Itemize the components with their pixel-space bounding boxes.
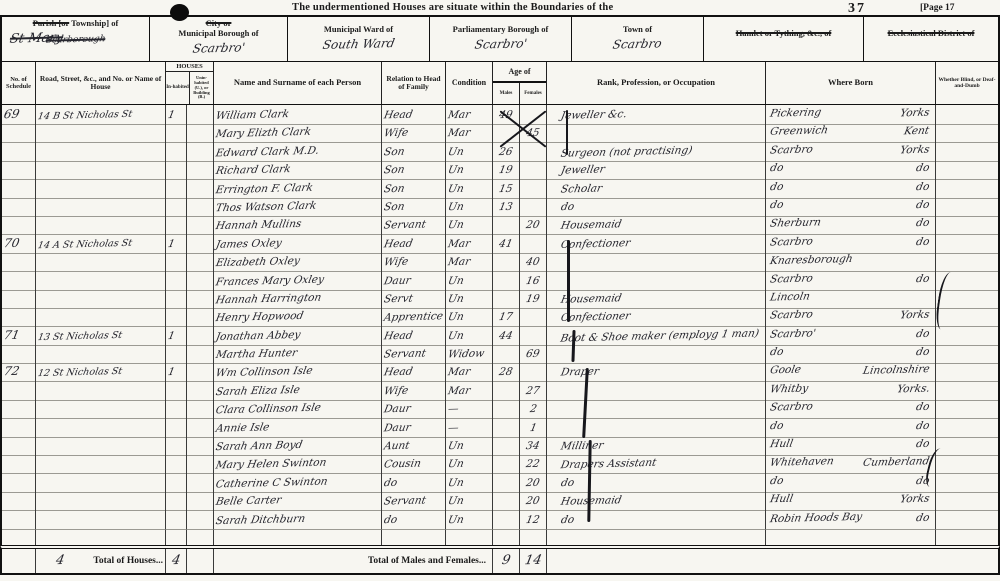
city-or-label-struck: City or — [206, 18, 232, 28]
cell-relation: Servant — [382, 344, 446, 364]
cell-address — [36, 454, 166, 474]
col-age: Age of — [493, 62, 546, 81]
cell-schedule — [2, 179, 36, 199]
table-row: Richard ClarkSonUn19Jewellerdodo — [2, 160, 998, 178]
cell-relation: Servant — [382, 215, 446, 235]
parish-value-2: St Mary — [8, 30, 64, 46]
town-value: Scarbro — [612, 36, 663, 51]
cell-inhabited — [166, 197, 187, 217]
cell-schedule: 72 — [2, 362, 36, 382]
parliamentary-label: Parliamentary Borough of — [430, 19, 571, 35]
table-row: Belle CarterServantUn20HousemaidHullYork… — [2, 491, 998, 509]
parliamentary-value: Scarbro' — [473, 36, 528, 51]
cell-name: Catherine C Swinton — [214, 473, 382, 493]
cell-born: ScarbroYorks — [766, 307, 936, 327]
cell-infirmity — [936, 234, 998, 254]
cell-born: Robin Hoods Baydo — [766, 510, 936, 530]
cell-age_m — [493, 252, 520, 272]
cell-born: WhitehavenCumberland — [766, 454, 936, 474]
cell-inhabited — [166, 179, 187, 199]
cell-relation: Apprentice — [382, 307, 446, 327]
cell-relation: Cousin — [382, 454, 446, 474]
page-number-label: [Page 17 — [920, 3, 955, 13]
col-schedule: No. of Schedule — [2, 62, 36, 104]
cell-age_f — [520, 326, 547, 346]
borough-label: Municipal Borough of — [178, 28, 258, 38]
cell-name: Thos Watson Clark — [214, 197, 382, 217]
cell-uninhabited — [187, 215, 214, 235]
cell-schedule — [2, 491, 36, 511]
totals-inhabited-cell: 4 — [166, 549, 187, 573]
cell-name: Hannah Mullins — [214, 215, 382, 235]
cell-age_f: 19 — [520, 289, 547, 309]
cell-uninhabited — [187, 381, 214, 401]
cell-schedule — [2, 289, 36, 309]
ward-value: South Ward — [321, 36, 395, 52]
cell-age_m: 17 — [493, 307, 520, 327]
cell-schedule — [2, 436, 36, 456]
table-row: Thos Watson ClarkSonUn13dododo — [2, 197, 998, 215]
cell-schedule — [2, 381, 36, 401]
cell-address: 13 St Nicholas St — [36, 326, 166, 346]
cell-age_f: 22 — [520, 454, 547, 474]
cell-inhabited: 1 — [166, 234, 187, 254]
cell-condition: Un — [446, 436, 493, 456]
cell-name: Wm Collinson Isle — [214, 362, 382, 382]
cell-condition: Un — [446, 142, 493, 162]
cell-age_m — [493, 473, 520, 493]
cell-address — [36, 271, 166, 291]
cell-condition: Mar — [446, 234, 493, 254]
cell-age_f: 2 — [520, 399, 547, 419]
cell-inhabited: 1 — [166, 105, 187, 125]
cell-name: Mary Helen Swinton — [214, 454, 382, 474]
cell-condition: Un — [446, 160, 493, 180]
schedule-total-value: 4 — [55, 553, 66, 568]
header-boxes: Parish [or Township] of Scarborough St M… — [0, 15, 1000, 62]
cell-condition: Un — [446, 307, 493, 327]
cell-age_f: 20 — [520, 473, 547, 493]
col-houses: HOUSES — [166, 62, 213, 72]
cell-address — [36, 381, 166, 401]
cell-born: Knaresborough — [766, 252, 936, 272]
cell-age_f: 34 — [520, 436, 547, 456]
col-inhabited: In-habited — [166, 72, 190, 104]
cell-uninhabited — [187, 142, 214, 162]
cell-relation: Wife — [382, 123, 446, 143]
col-condition: Condition — [446, 62, 493, 104]
cell-born: dodo — [766, 160, 936, 180]
cell-address: 12 St Nicholas St — [36, 362, 166, 382]
cell-age_m — [493, 399, 520, 419]
census-page: The undermentioned Houses are situate wi… — [0, 0, 1000, 581]
cell-inhabited — [166, 381, 187, 401]
table-row: Elizabeth OxleyWifeMar40Knaresborough — [2, 252, 998, 270]
col-houses-group: HOUSES In-habited Unin-habited (U.), or … — [166, 62, 214, 104]
cell-uninhabited — [187, 160, 214, 180]
table-row: 6914 B St Nicholas St1William ClarkHeadM… — [2, 105, 998, 123]
cell-relation: Wife — [382, 381, 446, 401]
cell-relation: Son — [382, 179, 446, 199]
parish-label: Township] of — [71, 18, 118, 28]
cell-infirmity — [936, 491, 998, 511]
cell-condition: Mar — [446, 381, 493, 401]
cell-name: Annie Isle — [214, 418, 382, 438]
cell-address: 14 B St Nicholas St — [36, 105, 166, 125]
table-row: 7113 St Nicholas St1Jonathan AbbeyHeadUn… — [2, 326, 998, 344]
cell-relation: Servant — [382, 491, 446, 511]
cell-condition: Un — [446, 454, 493, 474]
table-row: Hannah HarringtonServtUn19HousemaidLinco… — [2, 289, 998, 307]
cell-address — [36, 307, 166, 327]
cell-uninhabited — [187, 105, 214, 125]
cell-uninhabited — [187, 454, 214, 474]
column-headers: No. of Schedule Road, Street, &c., and N… — [0, 62, 1000, 105]
table-row: Mary Elizth ClarkWifeMar45GreenwichKent — [2, 123, 998, 141]
cell-condition: Un — [446, 473, 493, 493]
cell-age_f: 40 — [520, 252, 547, 272]
cell-address — [36, 399, 166, 419]
cell-name: Sarah Eliza Isle — [214, 381, 382, 401]
cell-uninhabited — [187, 326, 214, 346]
cell-born: GooleLincolnshire — [766, 362, 936, 382]
cell-age_f — [520, 197, 547, 217]
cell-address — [36, 418, 166, 438]
cell-inhabited — [166, 510, 187, 530]
cell-uninhabited — [187, 271, 214, 291]
cell-uninhabited — [187, 123, 214, 143]
cell-born: ScarbroYorks — [766, 142, 936, 162]
totals-row: 4 Total of Houses... 4 Total of Males an… — [0, 545, 1000, 575]
cell-relation: Daur — [382, 399, 446, 419]
cell-address: 14 A St Nicholas St — [36, 234, 166, 254]
cell-age_m: 41 — [493, 234, 520, 254]
col-road: Road, Street, &c., and No. or Name of Ho… — [36, 62, 166, 104]
cell-uninhabited — [187, 362, 214, 382]
cell-infirmity — [936, 197, 998, 217]
cell-age_m: 44 — [493, 326, 520, 346]
cell-address — [36, 197, 166, 217]
cell-age_m — [493, 418, 520, 438]
cell-relation: Daur — [382, 418, 446, 438]
page-title: The undermentioned Houses are situate wi… — [292, 2, 613, 13]
cell-age_f — [520, 160, 547, 180]
totals-trailing-cell — [547, 549, 998, 573]
cell-name: Belle Carter — [214, 491, 382, 511]
parish-label-struck: Parish [or — [33, 18, 69, 28]
cell-inhabited — [166, 473, 187, 493]
cell-uninhabited — [187, 510, 214, 530]
cell-schedule — [2, 510, 36, 530]
hamlet-label-struck: Hamlet or Tything, &c., of — [736, 28, 832, 38]
table-row: Henry HopwoodApprenticeUn17ConfectionerS… — [2, 307, 998, 325]
cell-born: Scarbrodo — [766, 271, 936, 291]
cell-inhabited — [166, 215, 187, 235]
cell-name: Henry Hopwood — [214, 307, 382, 327]
cell-address — [36, 491, 166, 511]
cell-condition: Un — [446, 289, 493, 309]
cell-address — [36, 473, 166, 493]
cell-age_f — [520, 234, 547, 254]
enumerator-tally-mark — [567, 240, 570, 322]
cell-born: WhitbyYorks. — [766, 381, 936, 401]
cell-uninhabited — [187, 179, 214, 199]
cell-infirmity — [936, 510, 998, 530]
cell-uninhabited — [187, 436, 214, 456]
cell-name: Martha Hunter — [214, 344, 382, 364]
cell-inhabited — [166, 307, 187, 327]
totals-males-cell: 9 — [493, 549, 520, 573]
cell-occupation: Draper — [547, 362, 766, 382]
totals-houses-cell: 4 Total of Houses... — [36, 549, 166, 573]
cell-relation: Wife — [382, 252, 446, 272]
header-box-ecclesiastical: Ecclesiastical District of — [864, 17, 998, 61]
cell-name: Sarah Ditchburn — [214, 510, 382, 530]
females-total-value: 14 — [523, 553, 542, 568]
cell-inhabited — [166, 123, 187, 143]
cell-relation: Aunt — [382, 436, 446, 456]
cell-occupation: Confectioner — [547, 234, 766, 254]
cell-occupation: Boot & Shoe maker (employg 1 man) — [547, 326, 766, 346]
cell-occupation — [547, 123, 766, 143]
total-males-females-label: Total of Males and Females... — [368, 556, 486, 566]
cell-address — [36, 215, 166, 235]
table-row: Clara Collinson IsleDaur—2Scarbrodo — [2, 399, 998, 417]
cell-born: PickeringYorks — [766, 105, 936, 125]
cell-schedule — [2, 418, 36, 438]
cell-uninhabited — [187, 289, 214, 309]
cell-schedule: 70 — [2, 234, 36, 254]
cell-age_m: 15 — [493, 179, 520, 199]
cell-inhabited — [166, 344, 187, 364]
cell-address — [36, 160, 166, 180]
cell-age_m: 13 — [493, 197, 520, 217]
cell-uninhabited — [187, 307, 214, 327]
cell-schedule — [2, 252, 36, 272]
cell-address — [36, 436, 166, 456]
cell-condition: Mar — [446, 105, 493, 125]
cell-inhabited — [166, 142, 187, 162]
col-born: Where Born — [766, 62, 936, 104]
cell-inhabited — [166, 399, 187, 419]
cell-relation: Son — [382, 142, 446, 162]
cell-schedule — [2, 344, 36, 364]
cell-condition: Mar — [446, 252, 493, 272]
cell-schedule: 71 — [2, 326, 36, 346]
cell-inhabited — [166, 160, 187, 180]
cell-age_m — [493, 436, 520, 456]
cell-occupation: Drapers Assistant — [547, 454, 766, 474]
cell-infirmity — [936, 160, 998, 180]
table-row: Annie IsleDaur—1dodo — [2, 418, 998, 436]
cell-infirmity — [936, 473, 998, 493]
table-row: 7014 A St Nicholas St1James OxleyHeadMar… — [2, 234, 998, 252]
header-box-ward: Municipal Ward of South Ward — [288, 17, 430, 61]
cell-born: Scarbrodo — [766, 399, 936, 419]
cell-inhabited: 1 — [166, 362, 187, 382]
cell-name: Sarah Ann Boyd — [214, 436, 382, 456]
cell-occupation: Confectioner — [547, 307, 766, 327]
cell-inhabited — [166, 454, 187, 474]
cell-address — [36, 179, 166, 199]
totals-uninhabited-cell — [187, 549, 214, 573]
cell-uninhabited — [187, 252, 214, 272]
cell-infirmity — [936, 179, 998, 199]
header-box-parish: Parish [or Township] of Scarborough St M… — [2, 17, 150, 61]
cell-born: Sherburndo — [766, 215, 936, 235]
cell-inhabited — [166, 436, 187, 456]
cell-condition: Un — [446, 197, 493, 217]
header-box-hamlet: Hamlet or Tything, &c., of — [704, 17, 864, 61]
cell-born: GreenwichKent — [766, 123, 936, 143]
cell-inhabited — [166, 271, 187, 291]
cell-name: Errington F. Clark — [214, 179, 382, 199]
table-row: Catherine C SwintondoUn20dododo — [2, 473, 998, 491]
cell-inhabited — [166, 289, 187, 309]
cell-schedule — [2, 307, 36, 327]
col-age-group: Age of Males Females — [493, 62, 547, 104]
cell-condition: — — [446, 399, 493, 419]
cell-address — [36, 252, 166, 272]
cell-address — [36, 510, 166, 530]
cell-name: Edward Clark M.D. — [214, 142, 382, 162]
cell-condition: Un — [446, 326, 493, 346]
header-box-borough: City orMunicipal Borough of Scarbro' — [150, 17, 288, 61]
col-name: Name and Surname of each Person — [214, 62, 382, 104]
cell-name: Mary Elizth Clark — [214, 123, 382, 143]
table-body: 6914 B St Nicholas St1William ClarkHeadM… — [0, 105, 1000, 528]
cell-name: William Clark — [214, 105, 382, 125]
cell-occupation: Housemaid — [547, 491, 766, 511]
cell-age_m — [493, 491, 520, 511]
cell-occupation — [547, 418, 766, 438]
ink-blot — [170, 4, 189, 21]
cell-age_m: 26 — [493, 142, 520, 162]
blank-row — [0, 528, 1000, 545]
cell-condition: Widow — [446, 344, 493, 364]
cell-age_f: 20 — [520, 491, 547, 511]
cell-condition: Un — [446, 179, 493, 199]
cell-inhabited — [166, 418, 187, 438]
cell-age_m — [493, 454, 520, 474]
cell-infirmity — [936, 105, 998, 125]
header-box-parliamentary: Parliamentary Borough of Scarbro' — [430, 17, 572, 61]
cell-occupation: do — [547, 510, 766, 530]
table-row: Sarah Eliza IsleWifeMar27WhitbyYorks. — [2, 381, 998, 399]
cell-schedule — [2, 271, 36, 291]
cell-name: Elizabeth Oxley — [214, 252, 382, 272]
cell-condition: — — [446, 418, 493, 438]
cell-born: Lincoln — [766, 289, 936, 309]
cell-occupation: Surgeon (not practising) — [547, 142, 766, 162]
cell-relation: Head — [382, 326, 446, 346]
cell-infirmity — [936, 344, 998, 364]
totals-males-females-cell: Total of Males and Females... — [214, 549, 493, 573]
cell-occupation: Jeweller &c. — [547, 105, 766, 125]
cell-condition: Mar — [446, 362, 493, 382]
cell-born: Scarbro'do — [766, 326, 936, 346]
cell-infirmity — [936, 215, 998, 235]
cell-relation: do — [382, 473, 446, 493]
cell-age_f — [520, 362, 547, 382]
cell-relation: Son — [382, 160, 446, 180]
cell-schedule — [2, 473, 36, 493]
cell-name: Jonathan Abbey — [214, 326, 382, 346]
cell-infirmity — [936, 381, 998, 401]
col-occupation: Rank, Profession, or Occupation — [547, 62, 766, 104]
cell-age_m — [493, 510, 520, 530]
cell-infirmity — [936, 123, 998, 143]
cell-condition: Un — [446, 215, 493, 235]
cell-age_m: 19 — [493, 160, 520, 180]
ward-label: Municipal Ward of — [288, 19, 429, 35]
cell-occupation — [547, 252, 766, 272]
cell-name: James Oxley — [214, 234, 382, 254]
houses-total-value: 4 — [170, 553, 181, 568]
col-uninhabited: Unin-habited (U.), or Building (B.) — [190, 72, 213, 104]
table-row: Hannah MullinsServantUn20HousemaidSherbu… — [2, 215, 998, 233]
cell-address — [36, 344, 166, 364]
folio-number: 37 — [848, 1, 866, 17]
cell-schedule — [2, 197, 36, 217]
cell-occupation: Housemaid — [547, 289, 766, 309]
col-males: Males — [493, 83, 520, 104]
cell-relation: Servt — [382, 289, 446, 309]
cell-age_f: 20 — [520, 215, 547, 235]
cell-uninhabited — [187, 197, 214, 217]
cell-inhabited — [166, 252, 187, 272]
table-row: Errington F. ClarkSonUn15Scholardodo — [2, 179, 998, 197]
cell-relation: Daur — [382, 271, 446, 291]
cell-condition: Un — [446, 491, 493, 511]
cell-age_f: 27 — [520, 381, 547, 401]
cell-age_f — [520, 307, 547, 327]
cell-occupation — [547, 344, 766, 364]
cell-infirmity — [936, 418, 998, 438]
cell-uninhabited — [187, 399, 214, 419]
cell-condition: Mar — [446, 123, 493, 143]
cell-name: Richard Clark — [214, 160, 382, 180]
cell-age_m — [493, 289, 520, 309]
cell-occupation — [547, 381, 766, 401]
cell-born: dodo — [766, 418, 936, 438]
cell-uninhabited — [187, 491, 214, 511]
enumerator-tally-mark — [566, 110, 568, 155]
header-box-town: Town of Scarbro — [572, 17, 704, 61]
cell-relation: Head — [382, 105, 446, 125]
cell-occupation — [547, 399, 766, 419]
table-row: Mary Helen SwintonCousinUn22Drapers Assi… — [2, 454, 998, 472]
cell-condition: Un — [446, 271, 493, 291]
cell-infirmity — [936, 362, 998, 382]
cell-occupation: Jeweller — [547, 160, 766, 180]
cell-relation: Head — [382, 234, 446, 254]
borough-value: Scarbro' — [191, 40, 246, 55]
cell-occupation: do — [547, 197, 766, 217]
cell-address — [36, 123, 166, 143]
table-row: Sarah Ann BoydAuntUn34MillinerHulldo — [2, 436, 998, 454]
cell-schedule — [2, 160, 36, 180]
title-bar: The undermentioned Houses are situate wi… — [0, 0, 1000, 15]
col-infirmity: Whether Blind, or Deaf-and-Dumb — [936, 62, 998, 104]
cell-name: Clara Collinson Isle — [214, 399, 382, 419]
cell-age_m — [493, 381, 520, 401]
cell-occupation: Scholar — [547, 179, 766, 199]
cell-infirmity — [936, 252, 998, 272]
cell-occupation: Housemaid — [547, 215, 766, 235]
cell-age_m — [493, 344, 520, 364]
cell-age_f: 12 — [520, 510, 547, 530]
